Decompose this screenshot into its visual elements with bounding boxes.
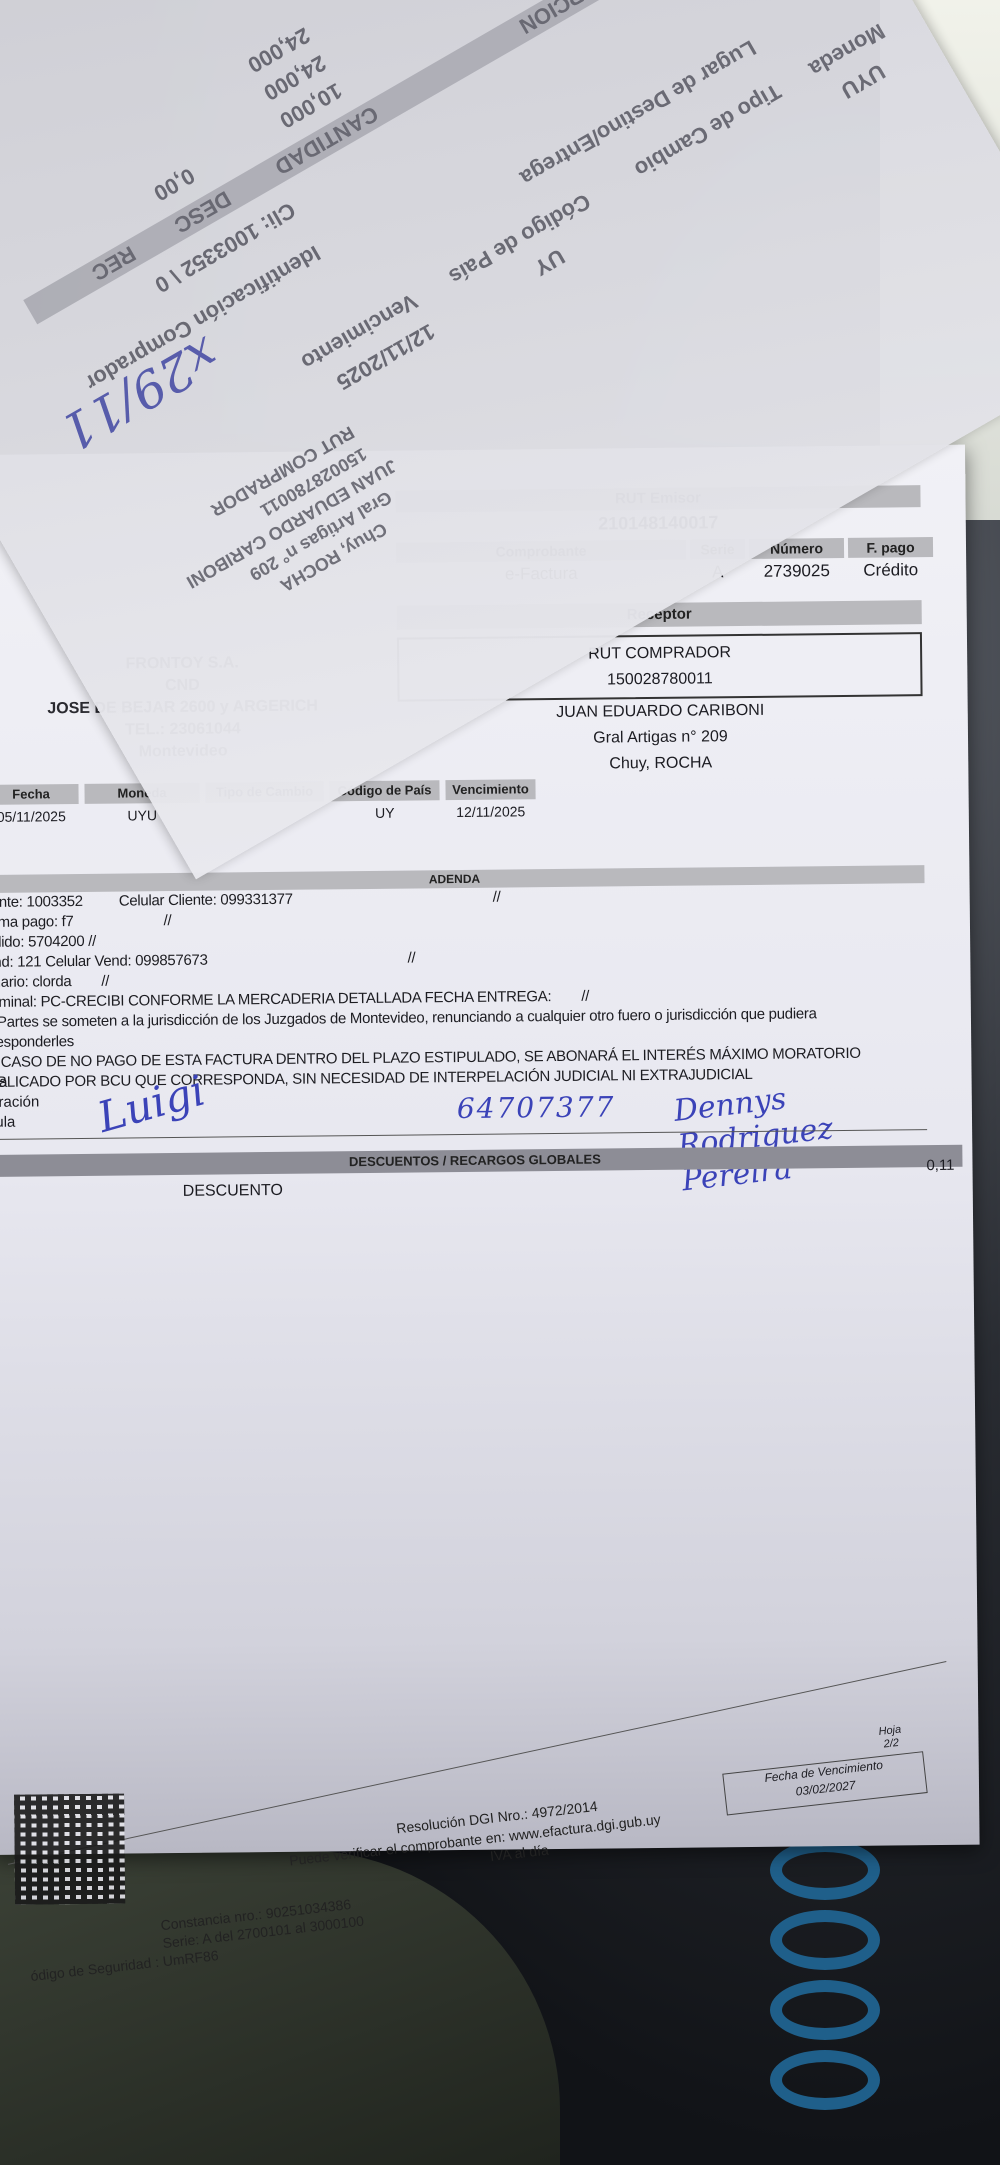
page-indicator: Hoja 2/2 [878, 1724, 903, 1752]
signature-area: ma laración dula Luigi 64707377 Dennys R… [0, 1063, 947, 1143]
vencimiento-header: Vencimiento [445, 779, 535, 800]
fecha-value: 05/11/2025 [0, 804, 79, 825]
signature-labels: ma laración dula [0, 1072, 40, 1133]
fpago-header: F. pago [848, 537, 933, 558]
mirrored-field: Código de País [444, 188, 595, 290]
numero-value: 2739025 [749, 558, 844, 582]
codigo-pais-value: UY [330, 800, 440, 821]
vencimiento-value: 12/11/2025 [446, 799, 536, 820]
receptor-city: Chuy, ROCHA [398, 748, 923, 779]
descuento-value: 0,11 [926, 1157, 954, 1174]
descuento-item: DESCUENTO [183, 1175, 963, 1201]
adenda-section: ADENDA liente: 1003352Celular Cliente: 0… [0, 865, 927, 1093]
mirrored-header-bar [23, 0, 730, 324]
handwritten-signature: Luigi [92, 1066, 210, 1142]
fpago-value: Crédito [848, 557, 933, 581]
mirrored-desc-value: 0,00 [149, 162, 199, 206]
descuentos-label: DESCUENTOS / RECARGOS GLOBALES [0, 1145, 963, 1177]
descuentos-section: DESCUENTOS / RECARGOS GLOBALES 0,11 DESC… [0, 1145, 963, 1203]
handwritten-id-number: 64707377 [457, 1090, 616, 1125]
qr-code [14, 1794, 125, 1905]
fecha-header: Fecha [0, 784, 79, 805]
mirrored-field-value: UY [530, 243, 569, 281]
cae-vencimiento-box: Fecha de Vencimiento 03/02/2027 [722, 1751, 927, 1815]
invoice-footer: Resolución DGI Nro.: 4972/2014 Puede ver… [0, 1675, 980, 1855]
